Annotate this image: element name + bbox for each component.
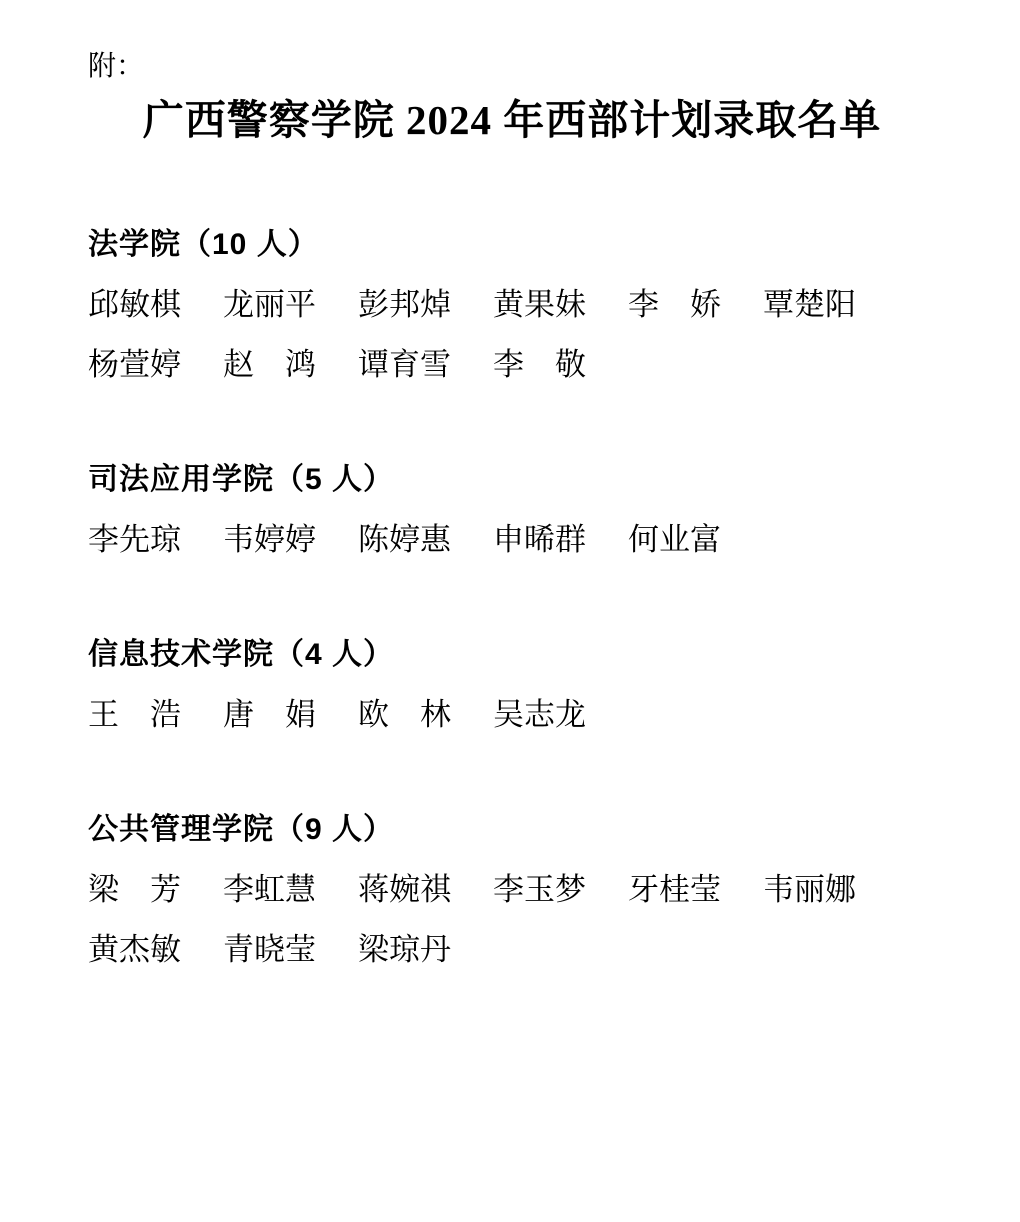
name-row: 王 浩唐 娟欧 林吴志龙 bbox=[88, 685, 936, 745]
student-name: 邱敏棋 bbox=[88, 275, 181, 335]
student-name: 王 浩 bbox=[88, 685, 181, 745]
student-name: 覃楚阳 bbox=[763, 275, 856, 335]
student-name: 龙丽平 bbox=[223, 275, 316, 335]
name-row: 黄杰敏青晓莹梁琼丹 bbox=[88, 920, 936, 980]
student-name: 欧 林 bbox=[358, 685, 451, 745]
student-name: 彭邦焯 bbox=[358, 275, 451, 335]
document-page: 附： 广西警察学院 2024 年西部计划录取名单 法学院（10 人）邱敏棋龙丽平… bbox=[0, 0, 1020, 1222]
student-name: 黄杰敏 bbox=[88, 920, 181, 980]
college-section: 司法应用学院（5 人）李先琼韦婷婷陈婷惠申晞群何业富 bbox=[88, 450, 936, 570]
name-row: 李先琼韦婷婷陈婷惠申晞群何业富 bbox=[88, 510, 936, 570]
college-section: 信息技术学院（4 人）王 浩唐 娟欧 林吴志龙 bbox=[88, 625, 936, 745]
section-header: 司法应用学院（5 人） bbox=[88, 450, 936, 510]
sections-container: 法学院（10 人）邱敏棋龙丽平彭邦焯黄果妹李 娇覃楚阳杨萱婷赵 鸿谭育雪李 敬司… bbox=[88, 215, 936, 980]
student-name: 何业富 bbox=[628, 510, 721, 570]
student-name: 唐 娟 bbox=[223, 685, 316, 745]
student-name: 申晞群 bbox=[493, 510, 586, 570]
student-name: 杨萱婷 bbox=[88, 335, 181, 395]
student-name: 李 敬 bbox=[493, 335, 586, 395]
student-name: 李虹慧 bbox=[223, 860, 316, 920]
college-section: 法学院（10 人）邱敏棋龙丽平彭邦焯黄果妹李 娇覃楚阳杨萱婷赵 鸿谭育雪李 敬 bbox=[88, 215, 936, 395]
student-name: 李 娇 bbox=[628, 275, 721, 335]
student-name: 蒋婉祺 bbox=[358, 860, 451, 920]
student-name: 梁琼丹 bbox=[358, 920, 451, 980]
college-section: 公共管理学院（9 人）梁 芳李虹慧蒋婉祺李玉梦牙桂莹韦丽娜黄杰敏青晓莹梁琼丹 bbox=[88, 800, 936, 980]
student-name: 李先琼 bbox=[88, 510, 181, 570]
section-header: 信息技术学院（4 人） bbox=[88, 625, 936, 685]
page-title: 广西警察学院 2024 年西部计划录取名单 bbox=[88, 90, 936, 150]
student-name: 梁 芳 bbox=[88, 860, 181, 920]
student-name: 牙桂莹 bbox=[628, 860, 721, 920]
section-header: 法学院（10 人） bbox=[88, 215, 936, 275]
name-row: 杨萱婷赵 鸿谭育雪李 敬 bbox=[88, 335, 936, 395]
student-name: 韦婷婷 bbox=[223, 510, 316, 570]
student-name: 韦丽娜 bbox=[763, 860, 856, 920]
attachment-label: 附： bbox=[88, 50, 936, 84]
student-name: 吴志龙 bbox=[493, 685, 586, 745]
student-name: 青晓莹 bbox=[223, 920, 316, 980]
student-name: 赵 鸿 bbox=[223, 335, 316, 395]
student-name: 李玉梦 bbox=[493, 860, 586, 920]
name-row: 梁 芳李虹慧蒋婉祺李玉梦牙桂莹韦丽娜 bbox=[88, 860, 936, 920]
name-row: 邱敏棋龙丽平彭邦焯黄果妹李 娇覃楚阳 bbox=[88, 275, 936, 335]
student-name: 谭育雪 bbox=[358, 335, 451, 395]
section-header: 公共管理学院（9 人） bbox=[88, 800, 936, 860]
student-name: 黄果妹 bbox=[493, 275, 586, 335]
student-name: 陈婷惠 bbox=[358, 510, 451, 570]
